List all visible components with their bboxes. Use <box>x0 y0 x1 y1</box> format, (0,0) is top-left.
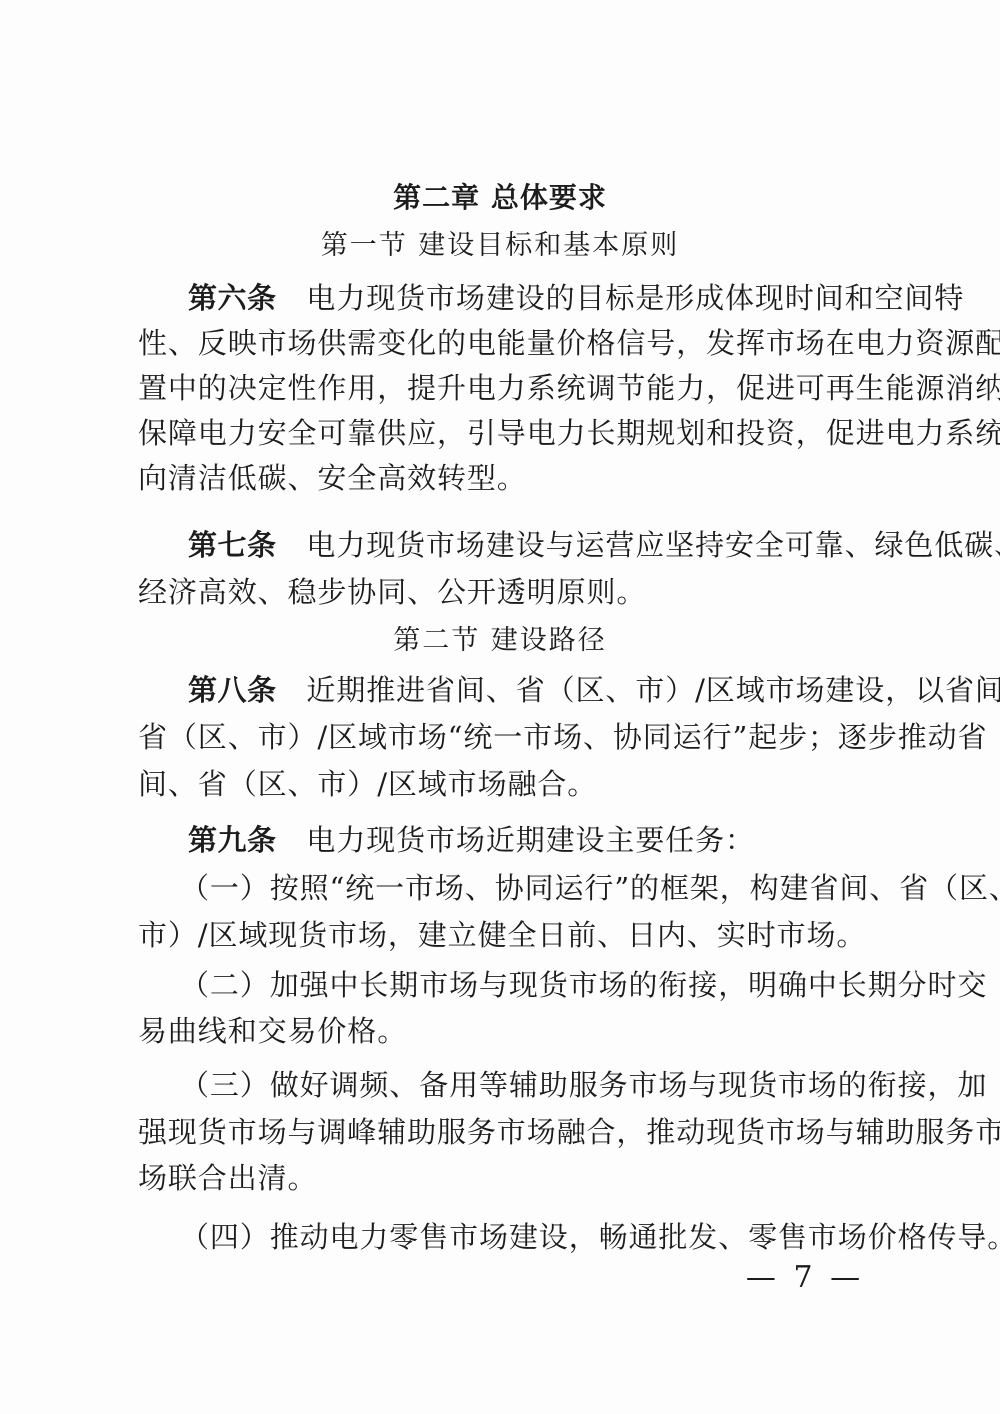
article-7-line-2: 经济高效、稳步协同、公开透明原则。 <box>138 574 862 610</box>
article-6-label: 第六条 <box>188 281 277 315</box>
item-1-line-1: （一）按照“统一市场、协同运行”的框架，构建省间、省（区、 <box>180 870 862 906</box>
article-6-line-1: 第六条 电力现货市场建设的目标是形成体现时间和空间特 <box>188 280 862 316</box>
item-1-line-2: 市）/区域现货市场，建立健全日前、日内、实时市场。 <box>138 917 862 953</box>
chapter-title: 第二章 总体要求 <box>0 180 1000 216</box>
document-page: 第二章 总体要求 第一节 建设目标和基本原则 第六条 电力现货市场建设的目标是形… <box>0 0 1000 1414</box>
article-6-line-4: 保障电力安全可靠供应，引导电力长期规划和投资，促进电力系统 <box>138 415 862 451</box>
article-6-line-2: 性、反映市场供需变化的电能量价格信号，发挥市场在电力资源配 <box>138 325 862 361</box>
item-3-line-2: 强现货市场与调峰辅助服务市场融合，推动现货市场与辅助服务市 <box>138 1114 862 1150</box>
item-3-line-1: （三）做好调频、备用等辅助服务市场与现货市场的衔接，加 <box>180 1067 862 1103</box>
item-4-line-1: （四）推动电力零售市场建设，畅通批发、零售市场价格传导。 <box>180 1219 862 1255</box>
item-2-line-1: （二）加强中长期市场与现货市场的衔接，明确中长期分时交 <box>180 967 862 1003</box>
article-6-text-1: 电力现货市场建设的目标是形成体现时间和空间特 <box>306 281 964 315</box>
article-6-line-5: 向清洁低碳、安全高效转型。 <box>138 460 862 496</box>
article-9-line-1: 第九条 电力现货市场近期建设主要任务： <box>188 822 862 858</box>
item-3-line-3: 场联合出清。 <box>138 1160 862 1196</box>
item-2-line-2: 易曲线和交易价格。 <box>138 1013 862 1049</box>
section-title-1: 第一节 建设目标和基本原则 <box>0 228 1000 264</box>
article-8-label: 第八条 <box>188 673 277 707</box>
article-7-label: 第七条 <box>188 528 277 562</box>
article-6-line-3: 置中的决定性作用，提升电力系统调节能力，促进可再生能源消纳， <box>138 370 862 406</box>
article-8-line-1: 第八条 近期推进省间、省（区、市）/区域市场建设，以省间、 <box>188 672 862 708</box>
page-number: — 7 — <box>740 1260 870 1296</box>
article-8-text-1: 近期推进省间、省（区、市）/区域市场建设，以省间、 <box>306 673 1000 707</box>
article-8-line-3: 间、省（区、市）/区域市场融合。 <box>138 766 862 802</box>
article-7-line-1: 第七条 电力现货市场建设与运营应坚持安全可靠、绿色低碳、 <box>188 527 862 563</box>
article-7-text-1: 电力现货市场建设与运营应坚持安全可靠、绿色低碳、 <box>306 528 1000 562</box>
article-9-label: 第九条 <box>188 823 277 857</box>
article-9-text-1: 电力现货市场近期建设主要任务： <box>306 823 755 857</box>
article-8-line-2: 省（区、市）/区域市场“统一市场、协同运行”起步；逐步推动省 <box>138 719 862 755</box>
section-title-2: 第二节 建设路径 <box>0 623 1000 659</box>
